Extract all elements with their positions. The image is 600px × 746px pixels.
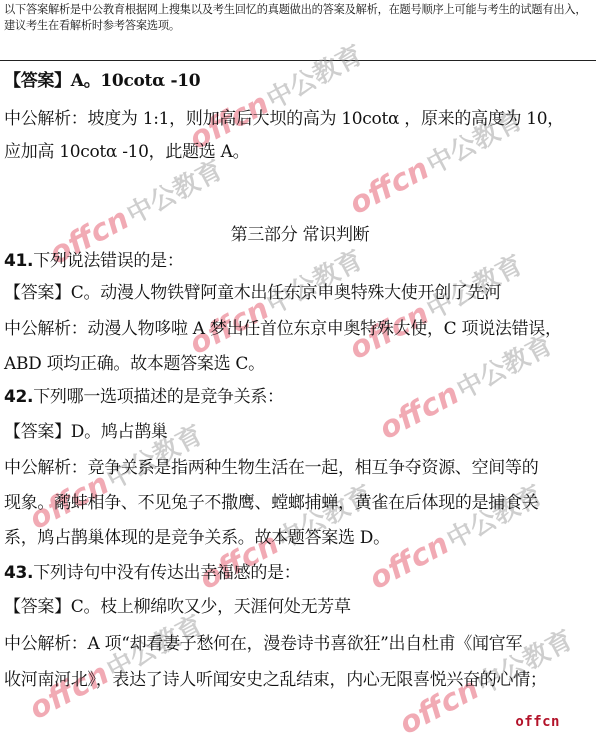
- document-page: 以下答案解析是中公教育根据网上搜集以及考生回忆的真题做出的答案及解析，在题号顺序…: [0, 0, 600, 746]
- question-43-analysis-line-2: 收河南河北》，表达了诗人听闻安史之乱结束，内心无限喜悦兴奋的心情；: [4, 669, 547, 691]
- question-43-stem: 43.下列诗句中没有传达出幸福感的是：: [4, 562, 300, 584]
- question-42-analysis-line-3: 系，鸠占鹊巢体现的是竞争关系。故本题答案选 D。: [4, 527, 390, 549]
- prev-answer: 【答案】A。10cotα -10: [4, 70, 200, 92]
- question-42-analysis-line-2: 现象。鹬蚌相争、不见兔子不撒鹰、螳螂捕蝉，黄雀在后体现的是捕食关: [4, 492, 538, 514]
- question-43-answer: 【答案】C。枝上柳绵吹又少，天涯何处无芳草: [4, 596, 351, 618]
- question-42-stem: 42.下列哪一选项描述的是竞争关系：: [4, 386, 284, 408]
- header-divider: [0, 60, 596, 61]
- question-42-answer: 【答案】D。鸠占鹊巢: [4, 421, 168, 443]
- offcn-logo: offcn: [515, 714, 560, 730]
- question-42-analysis-line-1: 中公解析：竞争关系是指两种生物生活在一起，相互争夺资源、空间等的: [4, 457, 538, 479]
- question-41-stem: 41.下列说法错误的是：: [4, 250, 184, 272]
- header-disclaimer: 以下答案解析是中公教育根据网上搜集以及考生回忆的真题做出的答案及解析，在题号顺序…: [4, 2, 596, 34]
- watermark-logo: offcn中公教育: [373, 325, 559, 447]
- watermark-logo: offcn中公教育: [343, 245, 529, 367]
- section-title: 第三部分 常识判断: [0, 224, 600, 246]
- prev-analysis-line-1: 中公解析：坡度为 1:1，则加高后大坝的高为 10cotα ，原来的高度为 10…: [4, 108, 564, 130]
- watermark-logo: offcn中公教育: [23, 605, 209, 727]
- prev-analysis-line-2: 应加高 10cotα -10，此题选 A。: [4, 141, 249, 163]
- watermark-logo: offcn中公教育: [183, 35, 369, 157]
- question-41-analysis-line-2: ABD 项均正确。故本题答案选 C。: [4, 353, 265, 375]
- question-41-answer: 【答案】C。动漫人物铁臂阿童木出任东京申奥特殊大使开创了先河: [4, 282, 501, 304]
- question-43-analysis-line-1: 中公解析：A 项“却看妻子愁何在，漫卷诗书喜欲狂”出自杜甫《闻官军: [4, 633, 522, 655]
- question-41-analysis-line-1: 中公解析：动漫人物哆啦 A 梦出任首位东京申奥特殊大使，C 项说法错误，: [4, 318, 562, 340]
